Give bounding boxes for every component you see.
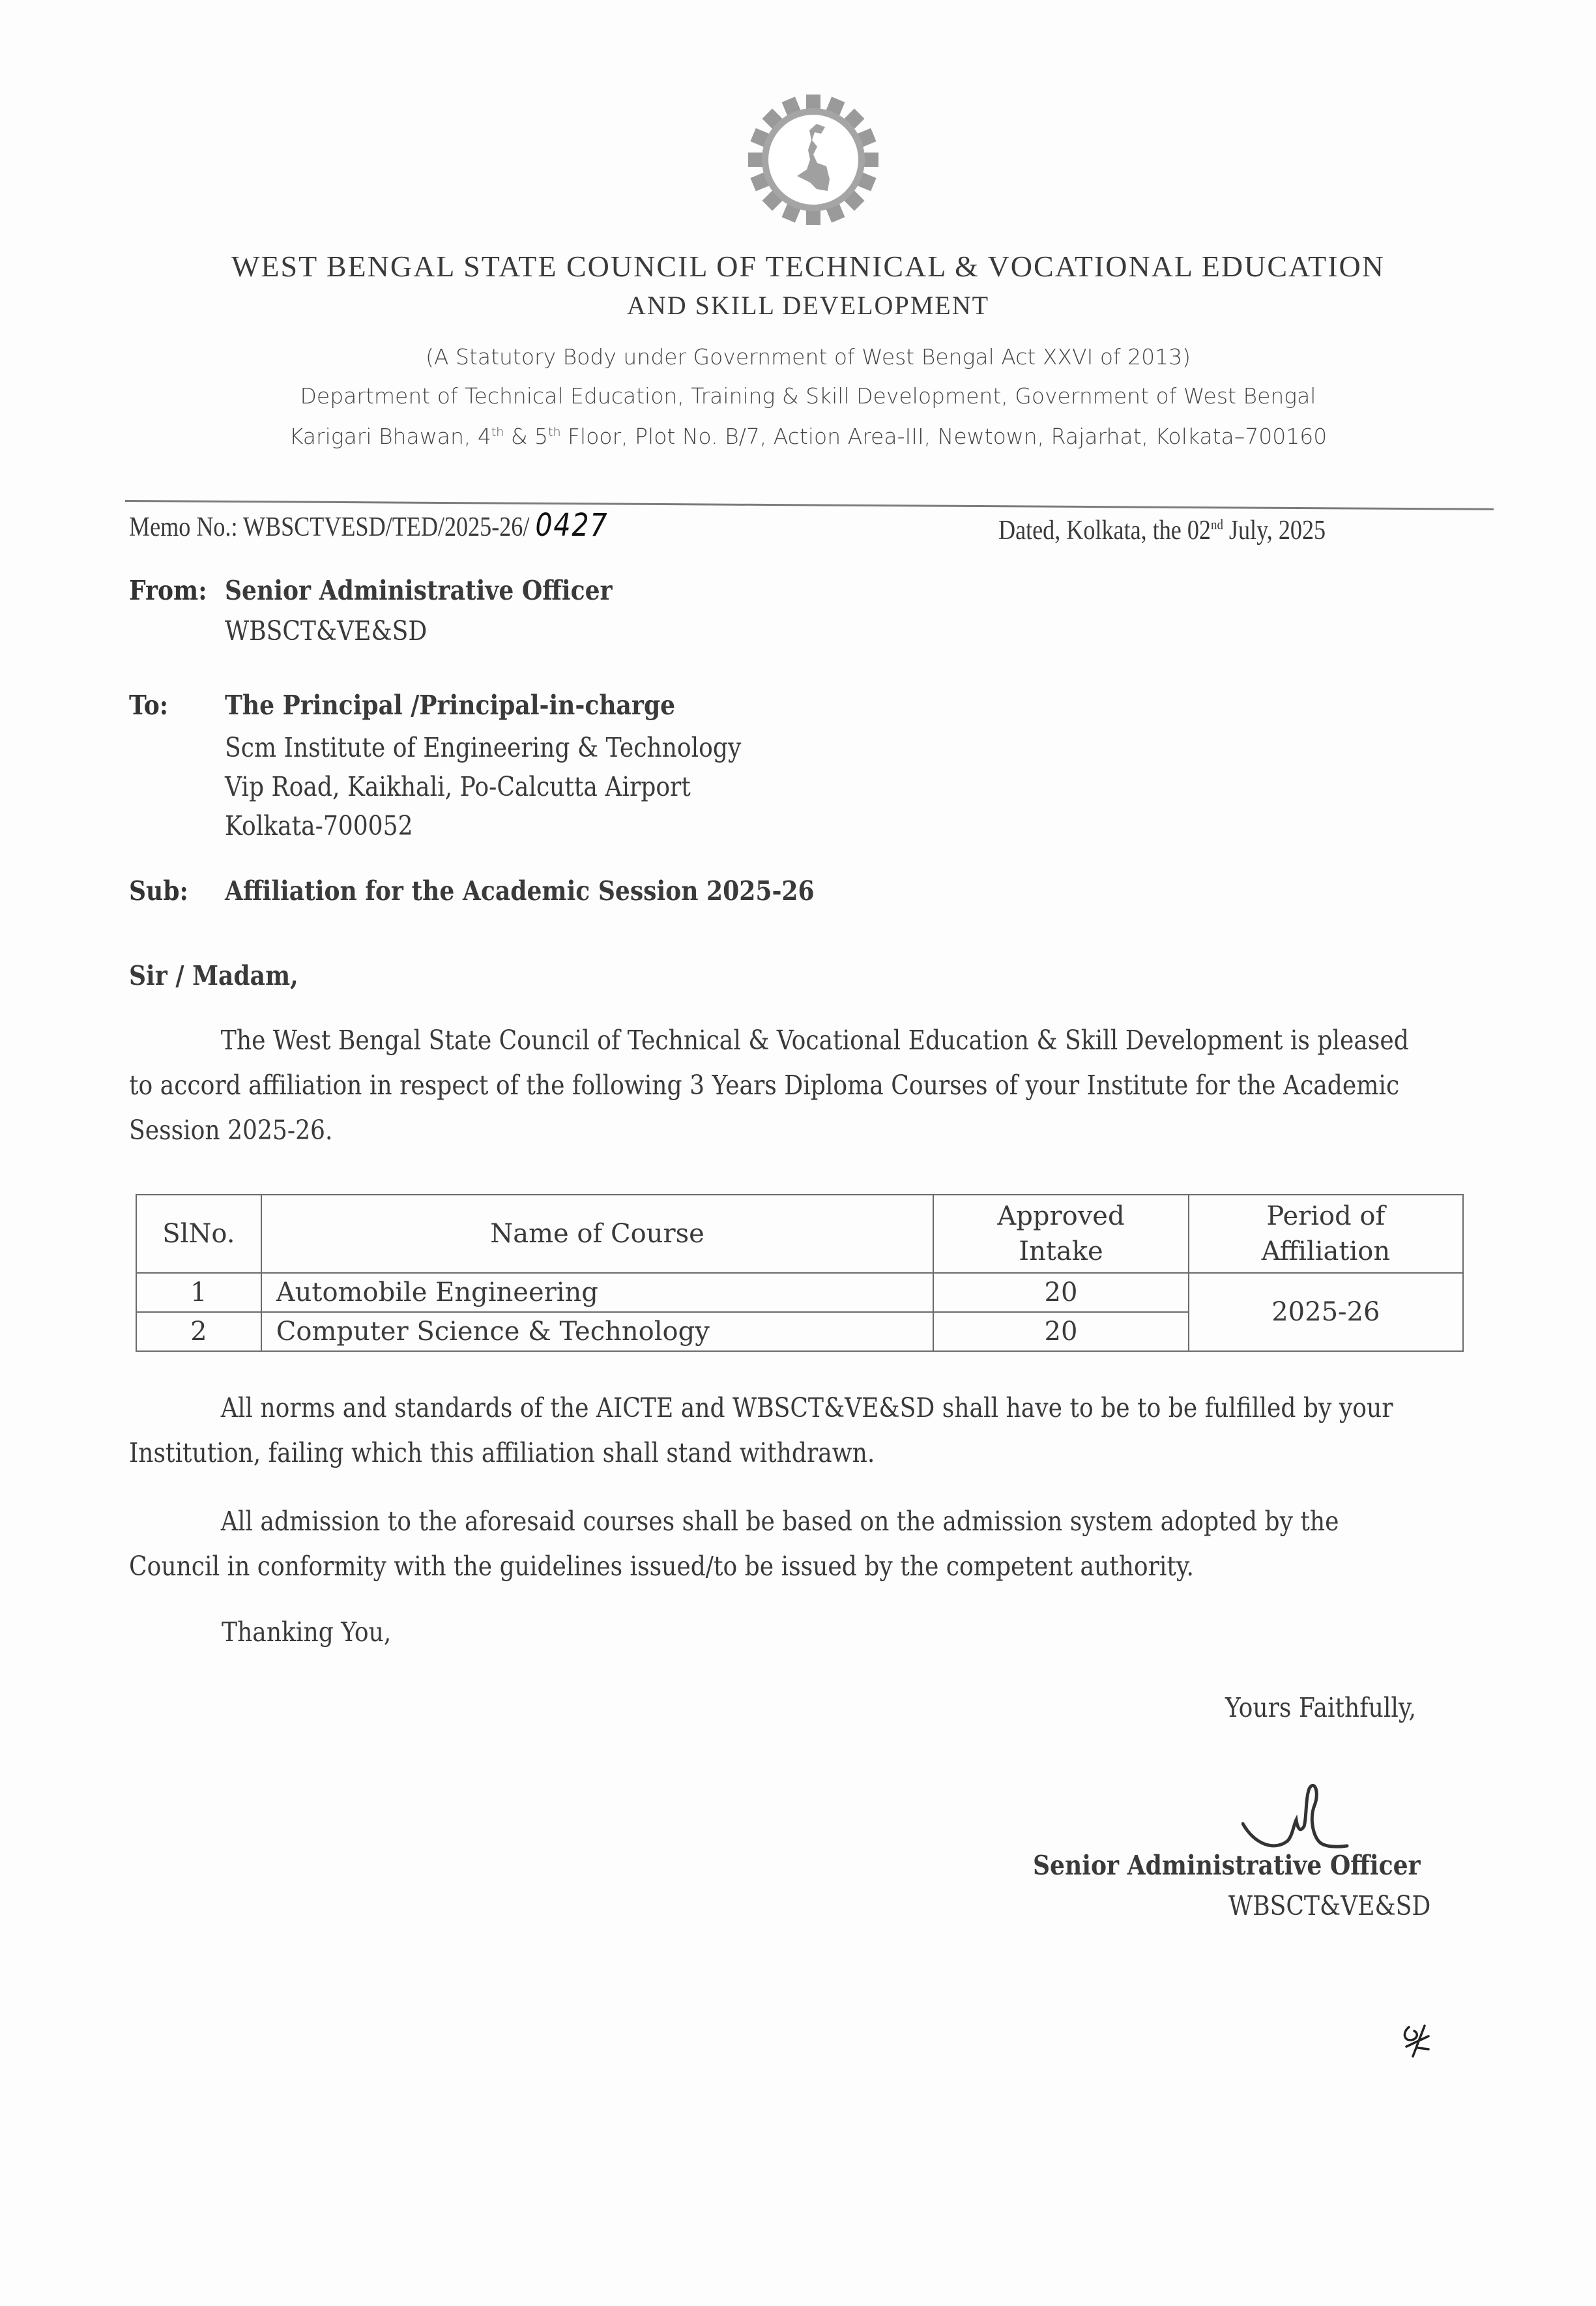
from-title: Senior Administrative Officer	[225, 575, 613, 606]
date-text: July, 2025	[1223, 516, 1326, 546]
header-period: Period ofAffiliation	[1189, 1195, 1463, 1273]
body-paragraph-1: The West Bengal State Council of Technic…	[129, 1018, 1414, 1153]
cell-slno: 1	[136, 1273, 261, 1312]
letter-page: WEST BENGAL STATE COUNCIL OF TECHNICAL &…	[0, 0, 1596, 2306]
address-text: Karigari Bhawan, 4	[289, 424, 491, 449]
memo-number: Memo No.: WBSCTVESD/TED/2025-26/ 0427	[129, 507, 608, 544]
body-paragraph-2: All norms and standards of the AICTE and…	[129, 1386, 1414, 1476]
header-course: Name of Course	[261, 1195, 934, 1273]
cell-intake: 20	[933, 1312, 1188, 1351]
paragraph-text: All norms and standards of the AICTE and…	[129, 1392, 1393, 1468]
cell-course: Automobile Engineering	[261, 1273, 934, 1312]
header-text: Period of	[1266, 1201, 1385, 1231]
handwritten-initials-icon	[1400, 2021, 1432, 2060]
address-text: Floor, Plot No. B/7, Action Area-III, Ne…	[561, 424, 1328, 449]
cell-slno: 2	[136, 1312, 261, 1351]
table-header-row: SlNo. Name of Course ApprovedIntake Peri…	[136, 1195, 1463, 1273]
from-label: From:	[129, 575, 207, 606]
to-title: The Principal /Principal-in-charge	[225, 690, 675, 721]
ordinal-suffix: nd	[1211, 516, 1223, 533]
org-name-line2: AND SKILL DEVELOPMENT	[196, 290, 1421, 321]
yours-faithfully: Yours Faithfully,	[1225, 1692, 1416, 1723]
ordinal-suffix: th	[548, 425, 561, 439]
signatory-org: WBSCT&VE&SD	[1228, 1890, 1430, 1921]
subject-text: Affiliation for the Academic Session 202…	[225, 875, 815, 907]
header-intake: ApprovedIntake	[933, 1195, 1188, 1273]
from-org: WBSCT&VE&SD	[225, 615, 427, 647]
header-text: Affiliation	[1262, 1236, 1391, 1266]
header-text: Approved	[997, 1201, 1124, 1231]
memo-handwritten-number: 0427	[535, 507, 608, 544]
to-address-line2: Kolkata-700052	[225, 810, 413, 841]
header-text: Intake	[1019, 1236, 1103, 1266]
body-paragraph-3: All admission to the aforesaid courses s…	[129, 1499, 1414, 1589]
office-address: Karigari Bhawan, 4th & 5th Floor, Plot N…	[196, 424, 1421, 449]
ordinal-suffix: th	[491, 425, 504, 439]
course-name: Computer Science & Technology	[262, 1317, 710, 1347]
to-institute: Scm Institute of Engineering & Technolog…	[225, 732, 741, 763]
to-label: To:	[129, 690, 168, 721]
statutory-note: (A Statutory Body under Government of We…	[196, 344, 1421, 370]
signatory-title: Senior Administrative Officer	[1033, 1850, 1421, 1881]
address-text: & 5	[504, 424, 548, 449]
to-address-line1: Vip Road, Kaikhali, Po-Calcutta Airport	[225, 771, 691, 802]
cell-period: 2025-26	[1189, 1273, 1463, 1351]
header-slno: SlNo.	[136, 1195, 261, 1273]
department-line: Department of Technical Education, Train…	[196, 383, 1421, 409]
subject-label: Sub:	[129, 875, 188, 907]
paragraph-text: All admission to the aforesaid courses s…	[129, 1506, 1339, 1582]
org-name-line1: WEST BENGAL STATE COUNCIL OF TECHNICAL &…	[196, 249, 1421, 284]
memo-label: Memo No.: WBSCTVESD/TED/2025-26/	[129, 512, 535, 542]
handwritten-signature-icon	[1241, 1779, 1359, 1858]
course-name: Automobile Engineering	[262, 1277, 598, 1307]
cell-course: Computer Science & Technology	[261, 1312, 934, 1351]
salutation: Sir / Madam,	[129, 960, 298, 991]
memo-date: Dated, Kolkata, the 02nd July, 2025	[998, 515, 1326, 546]
council-gear-emblem-icon	[748, 91, 878, 228]
paragraph-text: The West Bengal State Council of Technic…	[129, 1025, 1409, 1146]
cell-intake: 20	[933, 1273, 1188, 1312]
affiliation-table: SlNo. Name of Course ApprovedIntake Peri…	[136, 1194, 1464, 1352]
table-row: 1 Automobile Engineering 20 2025-26	[136, 1273, 1463, 1312]
closing-line: Thanking You,	[222, 1616, 391, 1648]
date-text: Dated, Kolkata, the 02	[998, 516, 1211, 546]
